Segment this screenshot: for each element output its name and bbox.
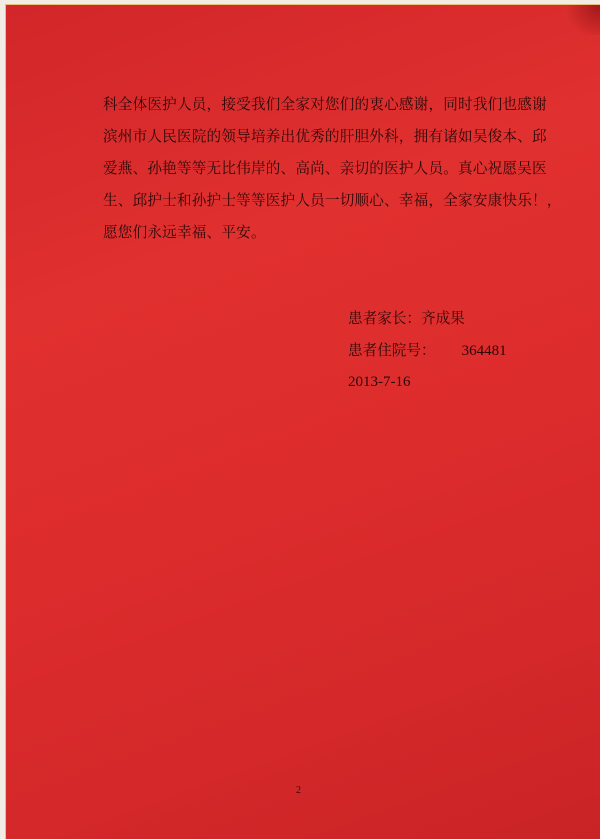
letter-line: 滨州市人民医院的领导培养出优秀的肝胆外科，拥有诸如吴俊本、邱: [103, 121, 533, 153]
letter-line: 愿您们永远幸福、平安。: [103, 217, 533, 249]
letter-line: 科全体医护人员，接受我们全家对您们的衷心感谢，同时我们也感谢: [103, 89, 533, 121]
red-letter-page: 科全体医护人员，接受我们全家对您们的衷心感谢，同时我们也感谢 滨州市人民医院的领…: [5, 4, 600, 839]
letter-date: 2013-7-16: [348, 367, 507, 399]
guardian-row: 患者家长：齐成果: [348, 303, 507, 335]
admission-row: 患者住院号：364481: [348, 335, 507, 368]
admission-label: 患者住院号：: [348, 342, 436, 359]
letter-line: 爱燕、孙艳等等无比伟岸的、高尚、亲切的医护人员。真心祝愿吴医: [103, 153, 533, 185]
letter-line: 生、邱护士和孙护士等等医护人员一切顺心、幸福，全家安康快乐！，: [103, 185, 533, 217]
admission-number: 364481: [462, 343, 507, 359]
page-number: 2: [296, 785, 301, 796]
guardian-label: 患者家长：: [348, 310, 421, 327]
letter-body: 科全体医护人员，接受我们全家对您们的衷心感谢，同时我们也感谢 滨州市人民医院的领…: [103, 89, 533, 249]
guardian-name: 齐成果: [421, 310, 465, 327]
signature-block: 患者家长：齐成果 患者住院号：364481 2013-7-16: [348, 303, 507, 399]
